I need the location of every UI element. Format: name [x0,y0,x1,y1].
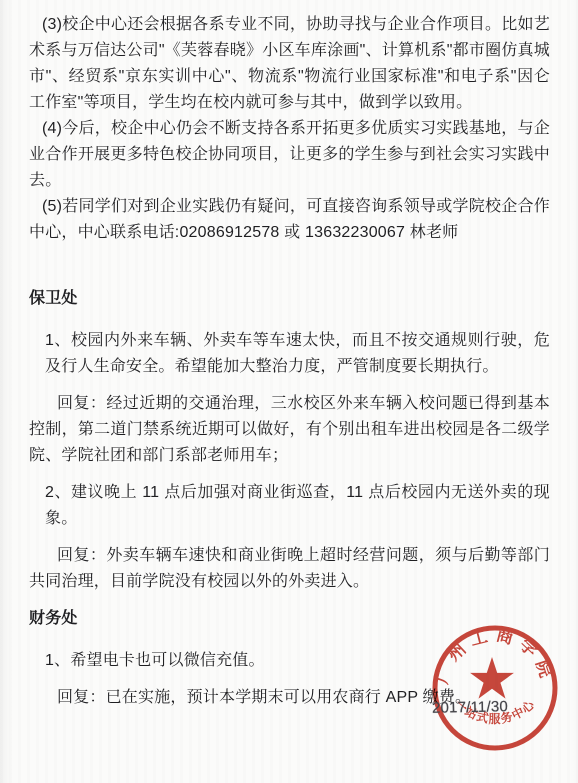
paragraph-3: (3)校企中心还会根据各系专业不同，协助寻找与企业合作项目。比如艺术系与万信达公… [29,12,550,116]
paragraph-4: (4)今后，校企中心仍会不断支持各系开拓更多优质实习实践基地，与企业合作开展更多… [29,116,550,194]
star-icon [470,657,514,699]
question-security-1: 1、校园内外来车辆、外卖车等车速太快，而且不按交通规则行驶，危及行人生命安全。希… [45,328,550,380]
reply-security-1: 回复：经过近期的交通治理，三水校区外来车辆入校问题已得到基本控制，第二道门禁系统… [29,391,550,469]
reply-security-2: 回复：外卖车辆车速快和商业街晚上超时经营问题，须与后勤等部门共同治理，目前学院没… [29,543,550,595]
scanned-document-page: (3)校企中心还会根据各系专业不同，协助寻找与企业合作项目。比如艺术系与万信达公… [0,0,578,783]
question-security-2: 2、建议晚上 11 点后加强对商业街巡查，11 点后校园内无送外卖的现象。 [45,480,550,532]
date-stamp: 2017/11/30 [432,694,508,722]
section-heading-security-office: 保卫处 [29,286,550,312]
official-seal: 广州工商学院 一站式服务中心 [425,618,565,758]
paragraph-5-contact: (5)若同学们对到企业实践仍有疑问，可直接咨询系领导或学院校企合作中心，中心联系… [29,194,550,246]
